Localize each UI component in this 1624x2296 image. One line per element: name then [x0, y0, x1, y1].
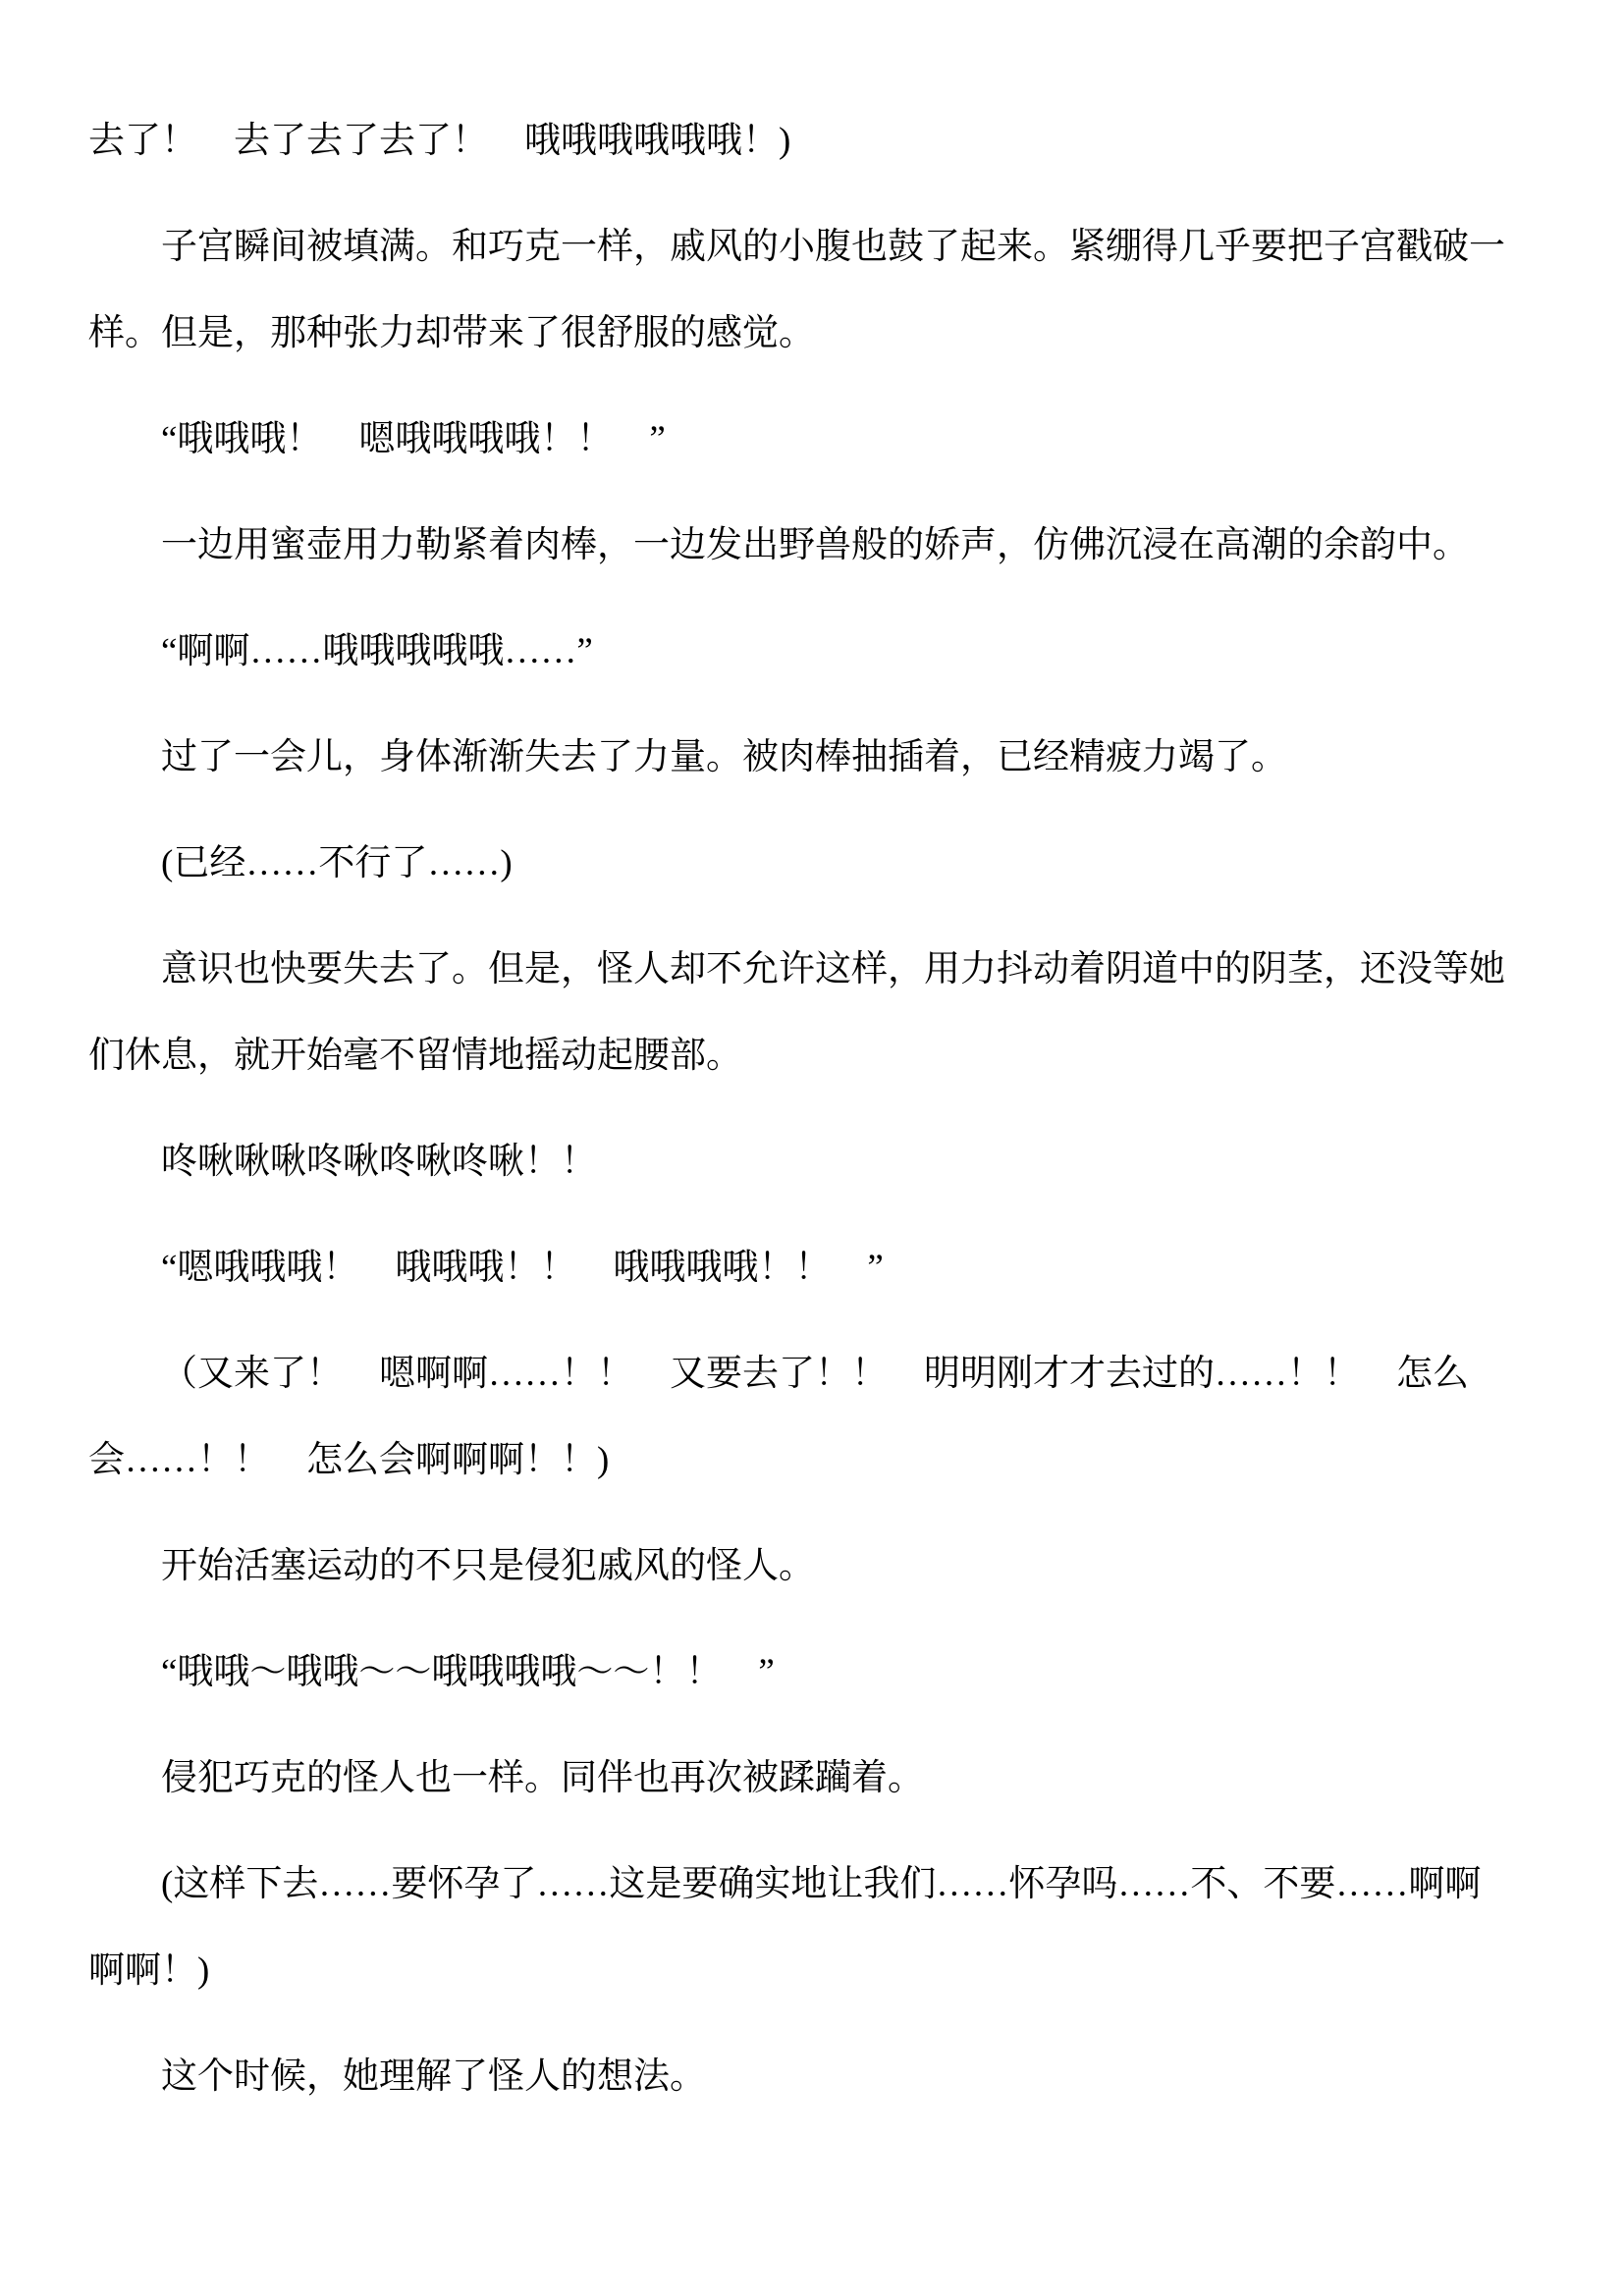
paragraph: 开始活塞运动的不只是侵犯戚风的怪人。 [88, 1523, 1511, 1610]
paragraph: （又来了！ 嗯啊啊……！！ 又要去了！！ 明明刚才才去过的……！！ 怎么会……！… [88, 1331, 1511, 1504]
paragraph: 这个时候，她理解了怪人的想法。 [88, 2034, 1511, 2120]
paragraph: 过了一会儿，身体渐渐失去了力量。被肉棒抽插着，已经精疲力竭了。 [88, 715, 1511, 801]
paragraph: 一边用蜜壶用力勒紧着肉棒，一边发出野兽般的娇声，仿佛沉浸在高潮的余韵中。 [88, 503, 1511, 589]
document-page: 去了！ 去了去了去了！ 哦哦哦哦哦哦！) 子宫瞬间被填满。和巧克一样，戚风的小腹… [0, 0, 1624, 2296]
paragraph: “嗯哦哦哦！ 哦哦哦！！ 哦哦哦哦！！ ” [88, 1225, 1511, 1311]
paragraph: 子宫瞬间被填满。和巧克一样，戚风的小腹也鼓了起来。紧绷得几乎要把子宫戳破一样。但… [88, 204, 1511, 377]
paragraph: (这样下去……要怀孕了……这是要确实地让我们……怀孕吗……不、不要……啊啊啊啊！… [88, 1842, 1511, 2014]
paragraph: “啊啊……哦哦哦哦哦……” [88, 609, 1511, 695]
paragraph: “哦哦哦！ 嗯哦哦哦哦！！ ” [88, 397, 1511, 483]
paragraph: 咚啾啾啾咚啾咚啾咚啾！！ [88, 1119, 1511, 1205]
paragraph: “哦哦～哦哦～～哦哦哦哦～～！！ ” [88, 1629, 1511, 1716]
paragraph: 去了！ 去了去了去了！ 哦哦哦哦哦哦！) [88, 98, 1511, 185]
paragraph: 意识也快要失去了。但是，怪人却不允许这样，用力抖动着阴道中的阴茎，还没等她们休息… [88, 927, 1511, 1099]
paragraph: (已经……不行了……) [88, 821, 1511, 907]
paragraph: 侵犯巧克的怪人也一样。同伴也再次被蹂躏着。 [88, 1735, 1511, 1822]
